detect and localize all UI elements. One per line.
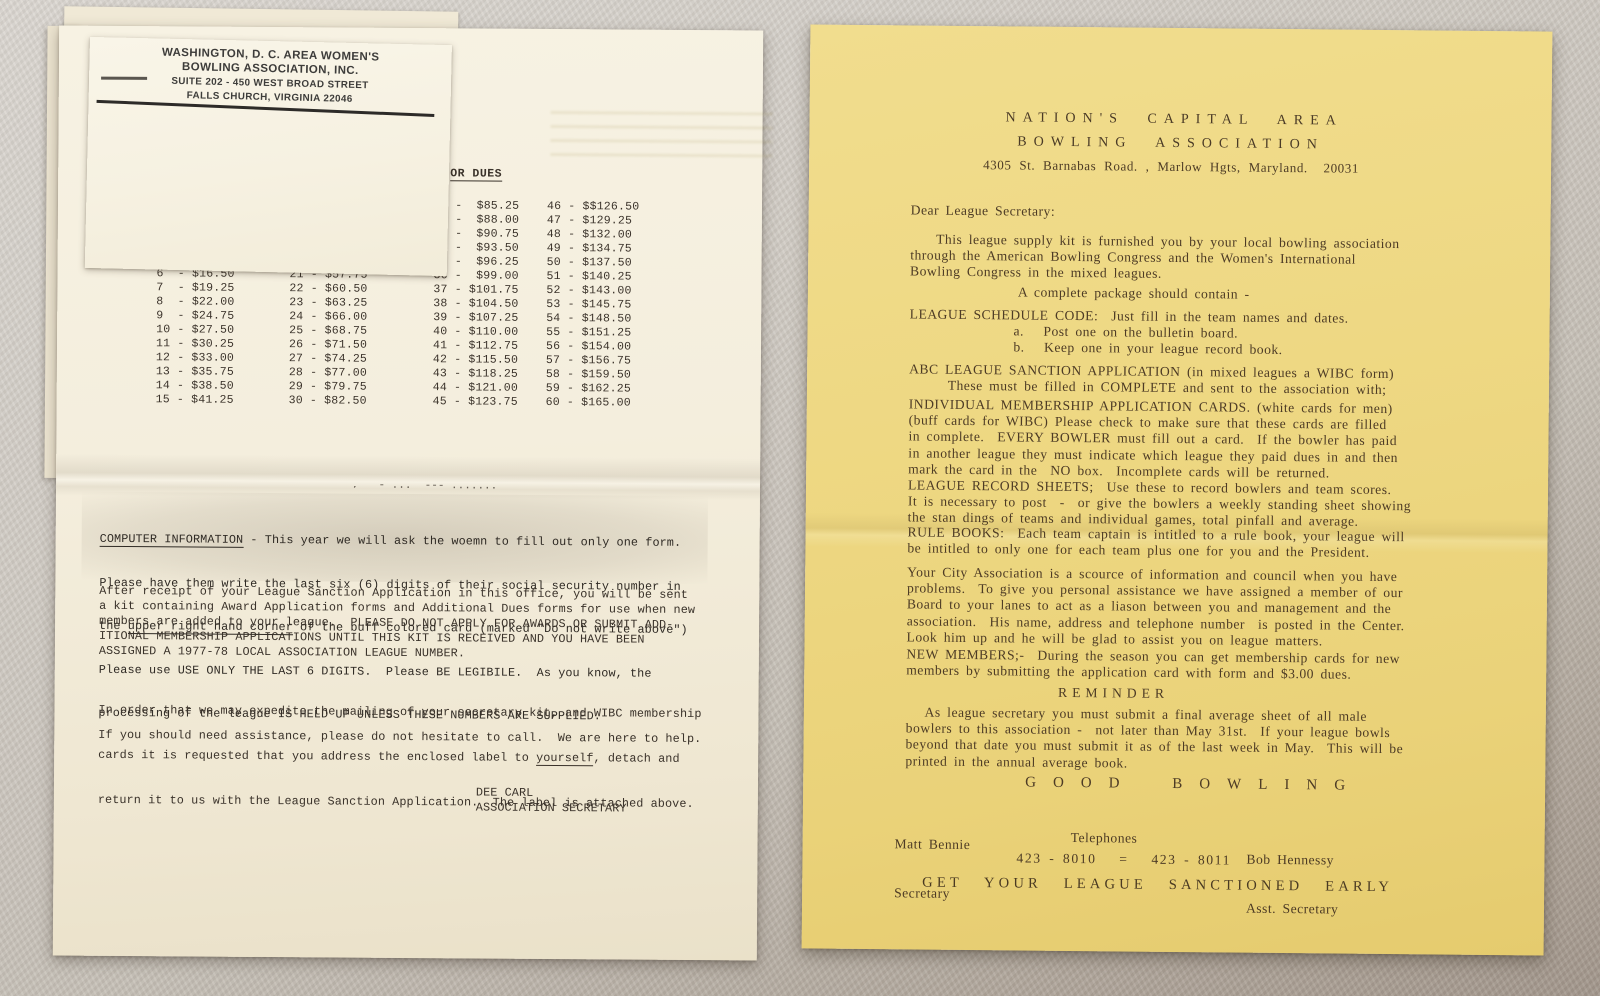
dues-column-4: 46 - $$126.50 47 - $129.25 48 - $132.00 …: [546, 200, 640, 411]
signature-block: DEE CARL ASSOCIATION SECRETARY: [476, 785, 627, 816]
signer-right-name: Bob Hennessy: [1246, 852, 1339, 869]
dues-column-2: 21 - $57.75 22 - $60.50 23 - $63.25 24 -…: [289, 268, 368, 409]
dues-table-title-fragment: OR DUES: [450, 167, 502, 180]
intro-paragraph: This league supply kit is furnished you …: [910, 231, 1400, 284]
org-address: 4305 St. Barnabas Road. , Marlow Hgts, M…: [983, 157, 1359, 177]
left-letter: OR DUES 6 - $16.50 7 - $19.25 8 - $22.00…: [53, 26, 763, 961]
package-line: A complete package should contain -: [1018, 284, 1250, 302]
rule-books-section: RULE BOOKS: Each team captain is intitle…: [907, 524, 1404, 561]
reminder-heading: REMINDER: [1058, 685, 1169, 702]
computer-information-heading: COMPUTER INFORMATION: [100, 532, 244, 548]
right-letter: NATION'S CAPITAL AREA BOWLING ASSOCIATIO…: [802, 24, 1553, 955]
org-name-line1: NATION'S CAPITAL AREA: [1005, 110, 1342, 129]
label-dash-mark: [101, 77, 147, 80]
abc-sanction-section: ABC LEAGUE SANCTION APPLICATION (in mixe…: [909, 361, 1394, 398]
city-association-paragraph: Your City Association is a scource of in…: [906, 564, 1405, 650]
address-label: WASHINGTON, D. C. AREA WOMEN'S BOWLING A…: [85, 37, 452, 276]
salutation: Dear League Secretary:: [911, 202, 1056, 220]
good-bowling-line: GOOD BOWLING: [1025, 775, 1362, 795]
signer-left-name: Matt Bennie: [895, 837, 971, 854]
photo-background: OR DUES 6 - $16.50 7 - $19.25 8 - $22.00…: [0, 0, 1600, 996]
kit-paragraph: After receipt of your League Sanction Ap…: [99, 584, 695, 663]
ink-bleed-smudge: [550, 105, 772, 165]
reminder-paragraph: As league secretary you must submit a fi…: [905, 704, 1403, 774]
new-members-section: NEW MEMBERS;- During the season you can …: [906, 646, 1400, 683]
record-sheets-section: LEAGUE RECORD SHEETS; Use these to recor…: [908, 477, 1412, 530]
org-name-line2: BOWLING ASSOCIATION: [1017, 134, 1324, 153]
telephone-numbers: 423 - 8010 = 423 - 8011: [1016, 850, 1231, 868]
telephones-label: Telephones: [1071, 830, 1138, 847]
league-schedule-code-items: a. Post one on the bulletin board. b. Ke…: [1013, 323, 1283, 358]
label-instructions-paragraph: In order that we may expedite the mailin…: [98, 673, 702, 842]
dues-column-1: 6 - $16.50 7 - $19.25 8 - $22.00 9 - $24…: [156, 267, 235, 408]
signer-right-title: Asst. Secretary: [1246, 901, 1339, 918]
signer-left: Matt Bennie Secretary: [894, 804, 971, 934]
footer-slogan: GET YOUR LEAGUE SANCTIONED EARLY: [922, 875, 1393, 897]
membership-cards-section: INDIVIDUAL MEMBERSHIP APPLICATION CARDS.…: [908, 396, 1398, 482]
